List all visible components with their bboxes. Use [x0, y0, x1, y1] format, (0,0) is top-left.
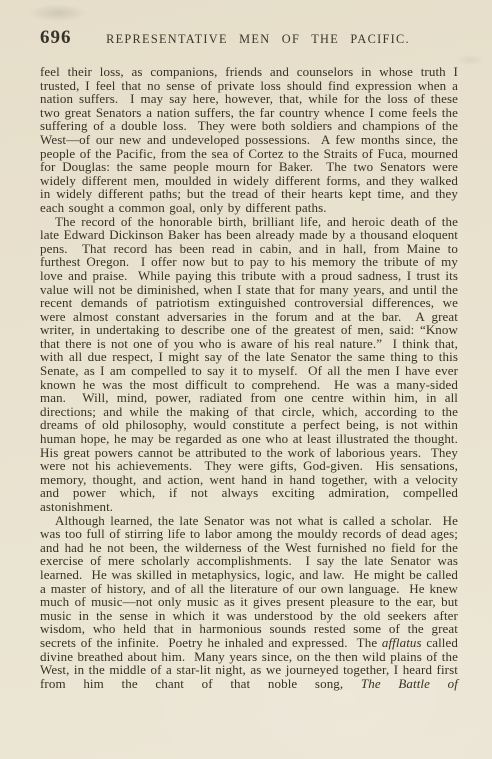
- italic-song-title: The Battle of: [361, 676, 458, 691]
- book-page: 696 REPRESENTATIVE MEN OF THE PACIFIC. f…: [0, 0, 492, 759]
- page-header: 696 REPRESENTATIVE MEN OF THE PACIFIC.: [0, 0, 492, 49]
- page-number: 696: [40, 27, 72, 49]
- page-text-block: feel their loss, as companions, friends …: [0, 49, 492, 690]
- paragraph-continuation: feel their loss, as companions, friends …: [40, 65, 458, 215]
- paragraph-although-learned: Although learned, the late Senator was n…: [40, 514, 458, 691]
- running-title: REPRESENTATIVE MEN OF THE PACIFIC.: [106, 32, 410, 47]
- paragraph-text-segment: Although learned, the late Senator was n…: [40, 513, 462, 650]
- paragraph-record-of-baker: The record of the honorable birth, brill…: [40, 215, 458, 514]
